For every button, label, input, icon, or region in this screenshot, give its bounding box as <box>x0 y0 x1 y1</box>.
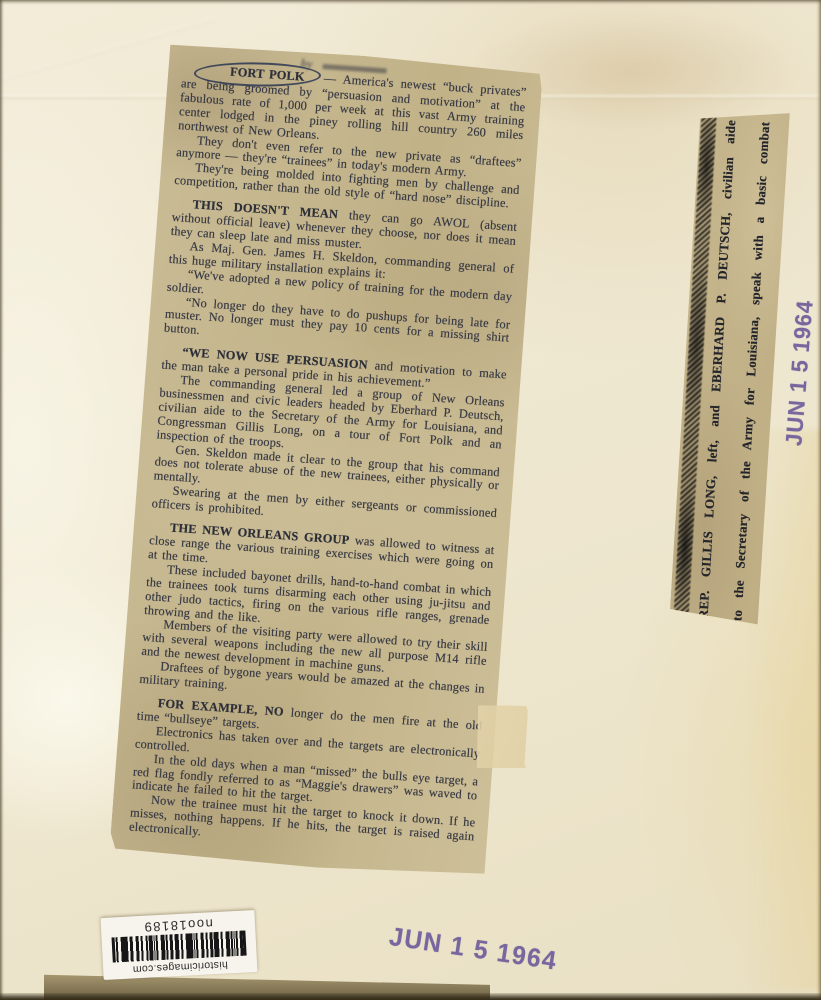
barcode-sticker: historicimages.com noo18189 <box>100 910 257 980</box>
paragraph-lead: “WE NOW USE PERSUASION <box>182 345 368 372</box>
article-body: FORT POLK — America's newest “buck priva… <box>129 62 527 858</box>
tape-piece <box>476 704 528 770</box>
paragraph-lead: THE NEW ORLEANS GROUP <box>170 521 350 547</box>
photo-bottom-edge <box>0 993 821 1000</box>
ink-smudge <box>323 64 387 73</box>
circled-dateline: FORT POLK <box>202 64 316 87</box>
photo-scan: by FORT POLK — America's newest “buck pr… <box>0 0 821 1000</box>
paragraph-lead: THIS DOESN'T MEAN <box>192 197 338 221</box>
date-stamp-bottom: JUN 1 5 1964 <box>387 921 556 979</box>
paragraph-lead: FOR EXAMPLE, NO <box>157 696 284 719</box>
